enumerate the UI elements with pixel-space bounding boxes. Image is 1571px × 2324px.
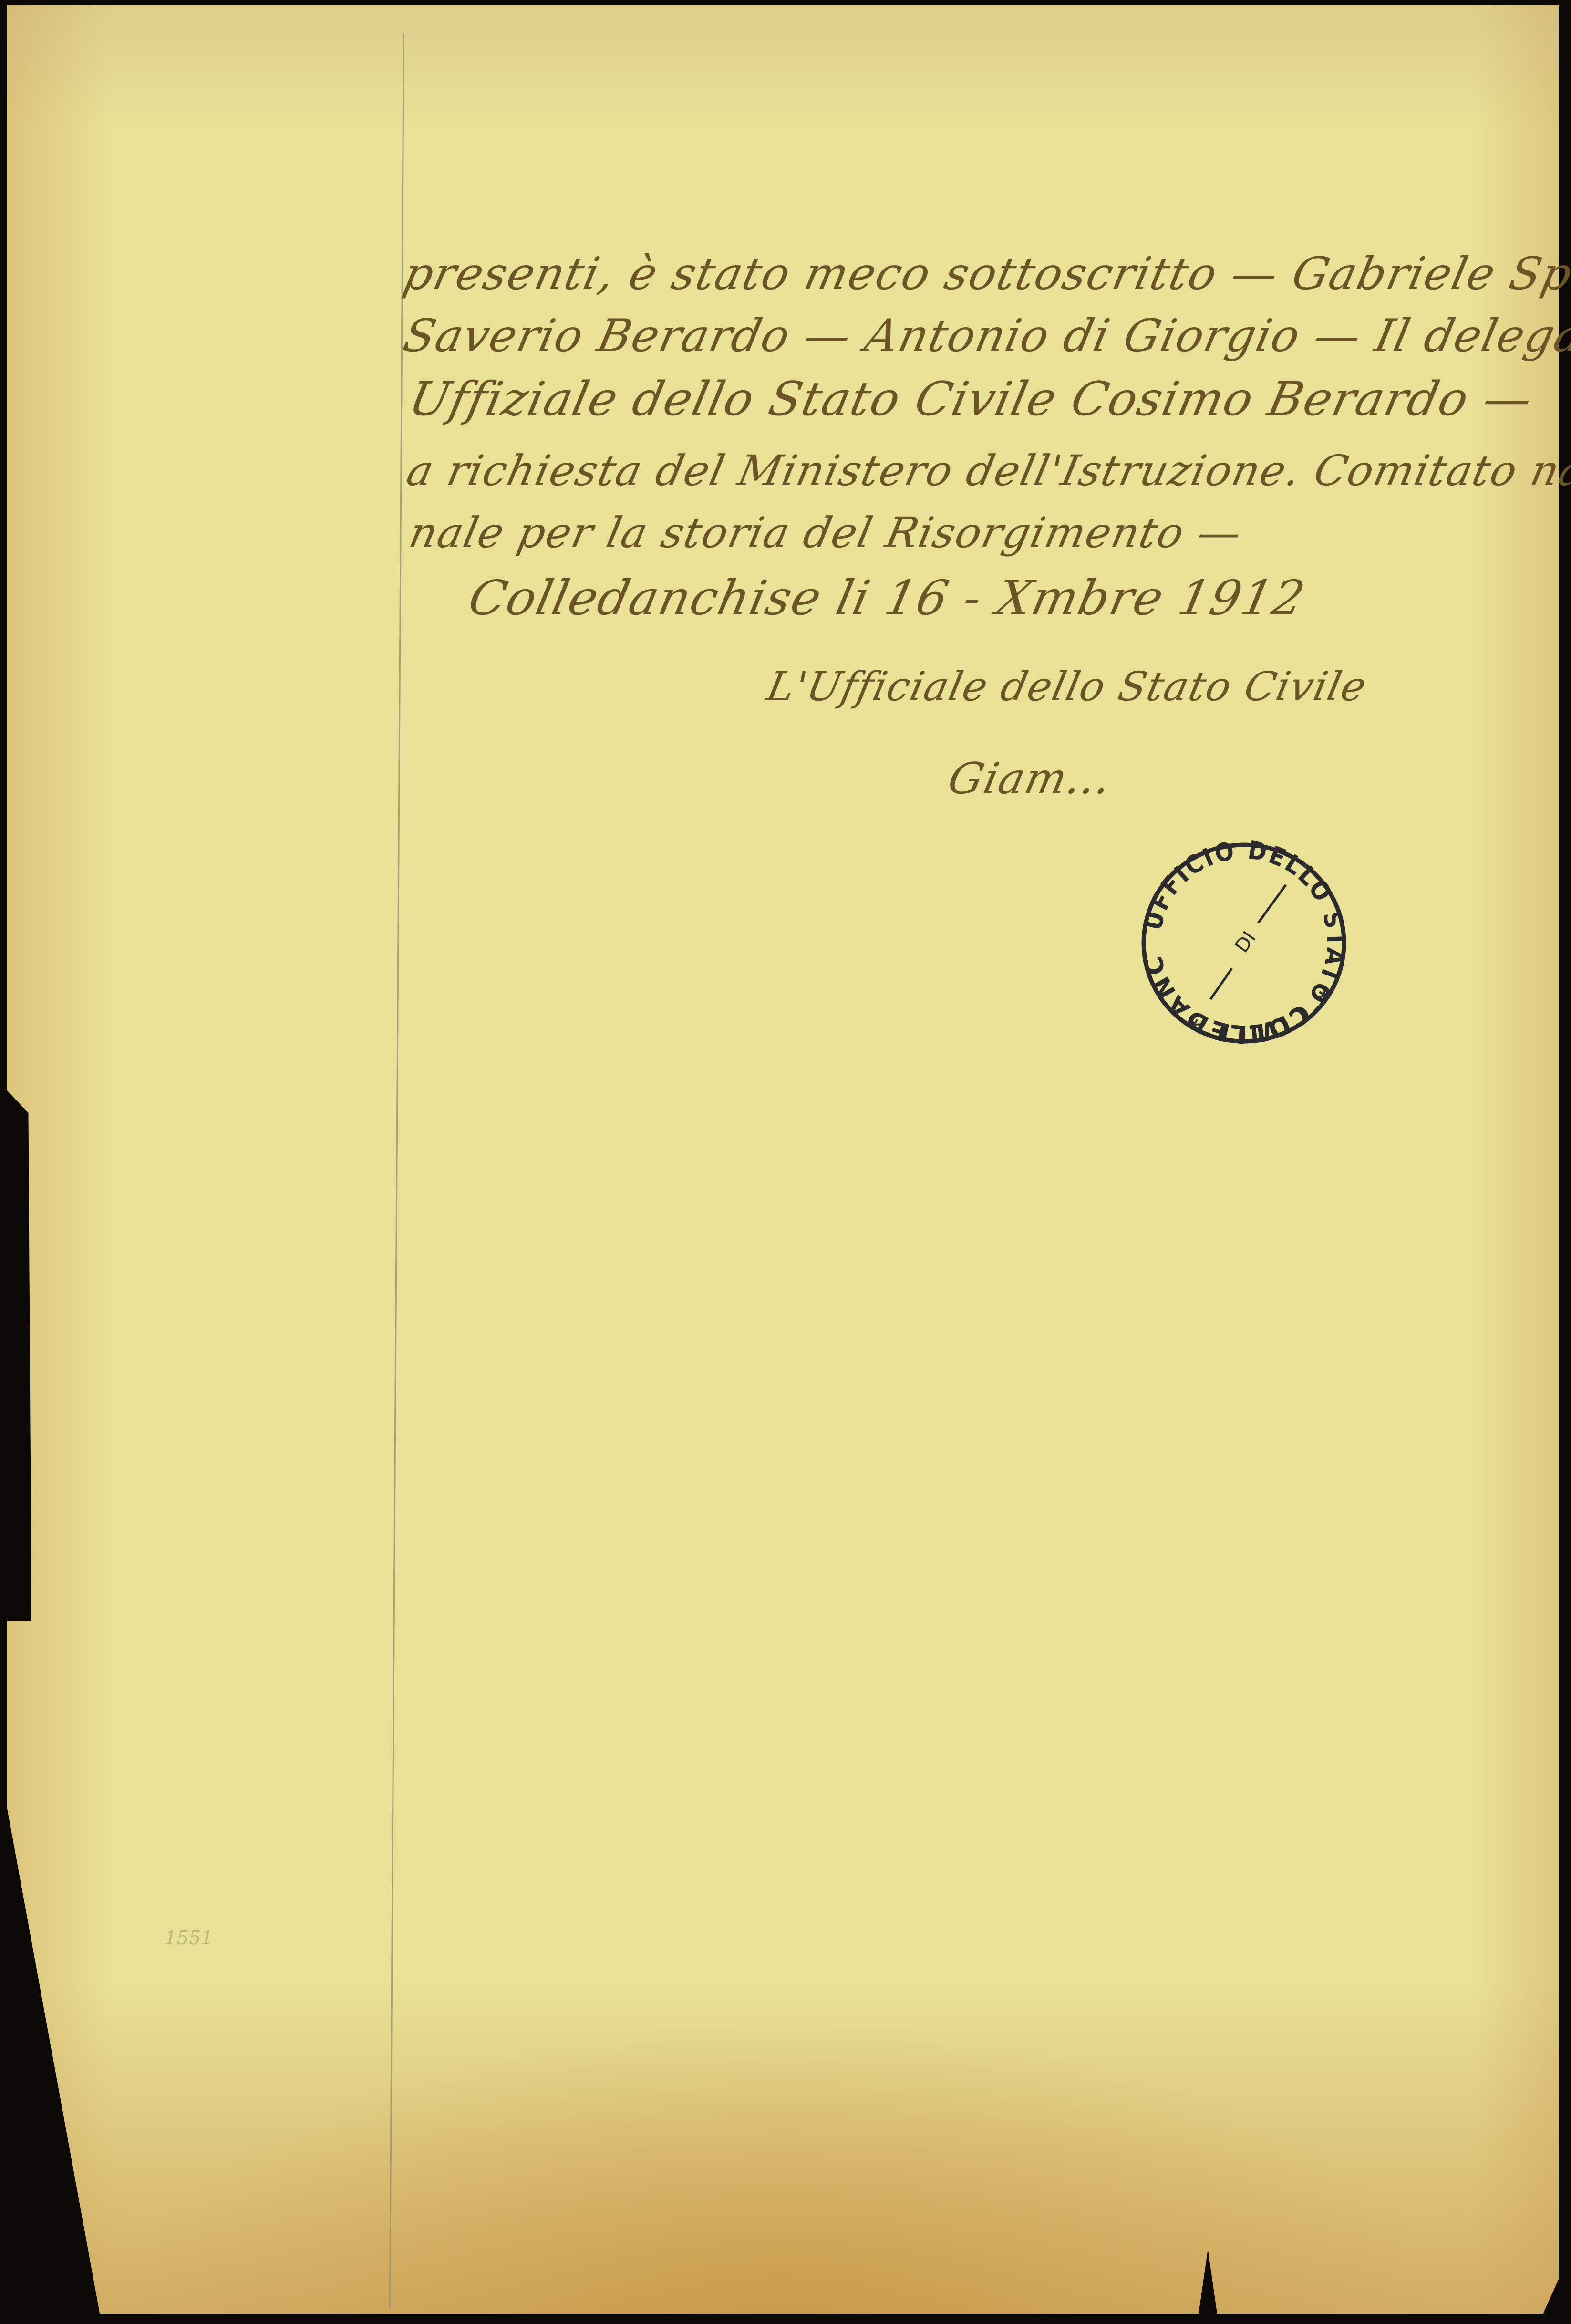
- text-line-1: presenti, è stato meco sottoscritto — Ga…: [399, 248, 1571, 300]
- text-line-2: Saverio Berardo — Antonio di Giorgio — I…: [399, 310, 1571, 362]
- faded-mark: 1551: [165, 1927, 213, 1949]
- text-line-5: nale per la storia del Risorgimento —: [405, 508, 1247, 557]
- text-line-4: a richiesta del Ministero dell'Istruzion…: [403, 446, 1571, 495]
- signature-title: L'Ufficiale dello Stato Civile: [763, 663, 1372, 710]
- signature: Giam...: [944, 754, 1116, 804]
- civil-registry-stamp: UFFICIO DELLO STATO CIVILE * * COLLEDANC…: [1134, 832, 1354, 1052]
- text-line-3: Uffiziale dello Stato Civile Cosimo Bera…: [404, 372, 1538, 426]
- place-date: Colledanchise li 16 - Xmbre 1912: [464, 570, 1311, 626]
- stamp-center-text: DI: [1231, 928, 1261, 957]
